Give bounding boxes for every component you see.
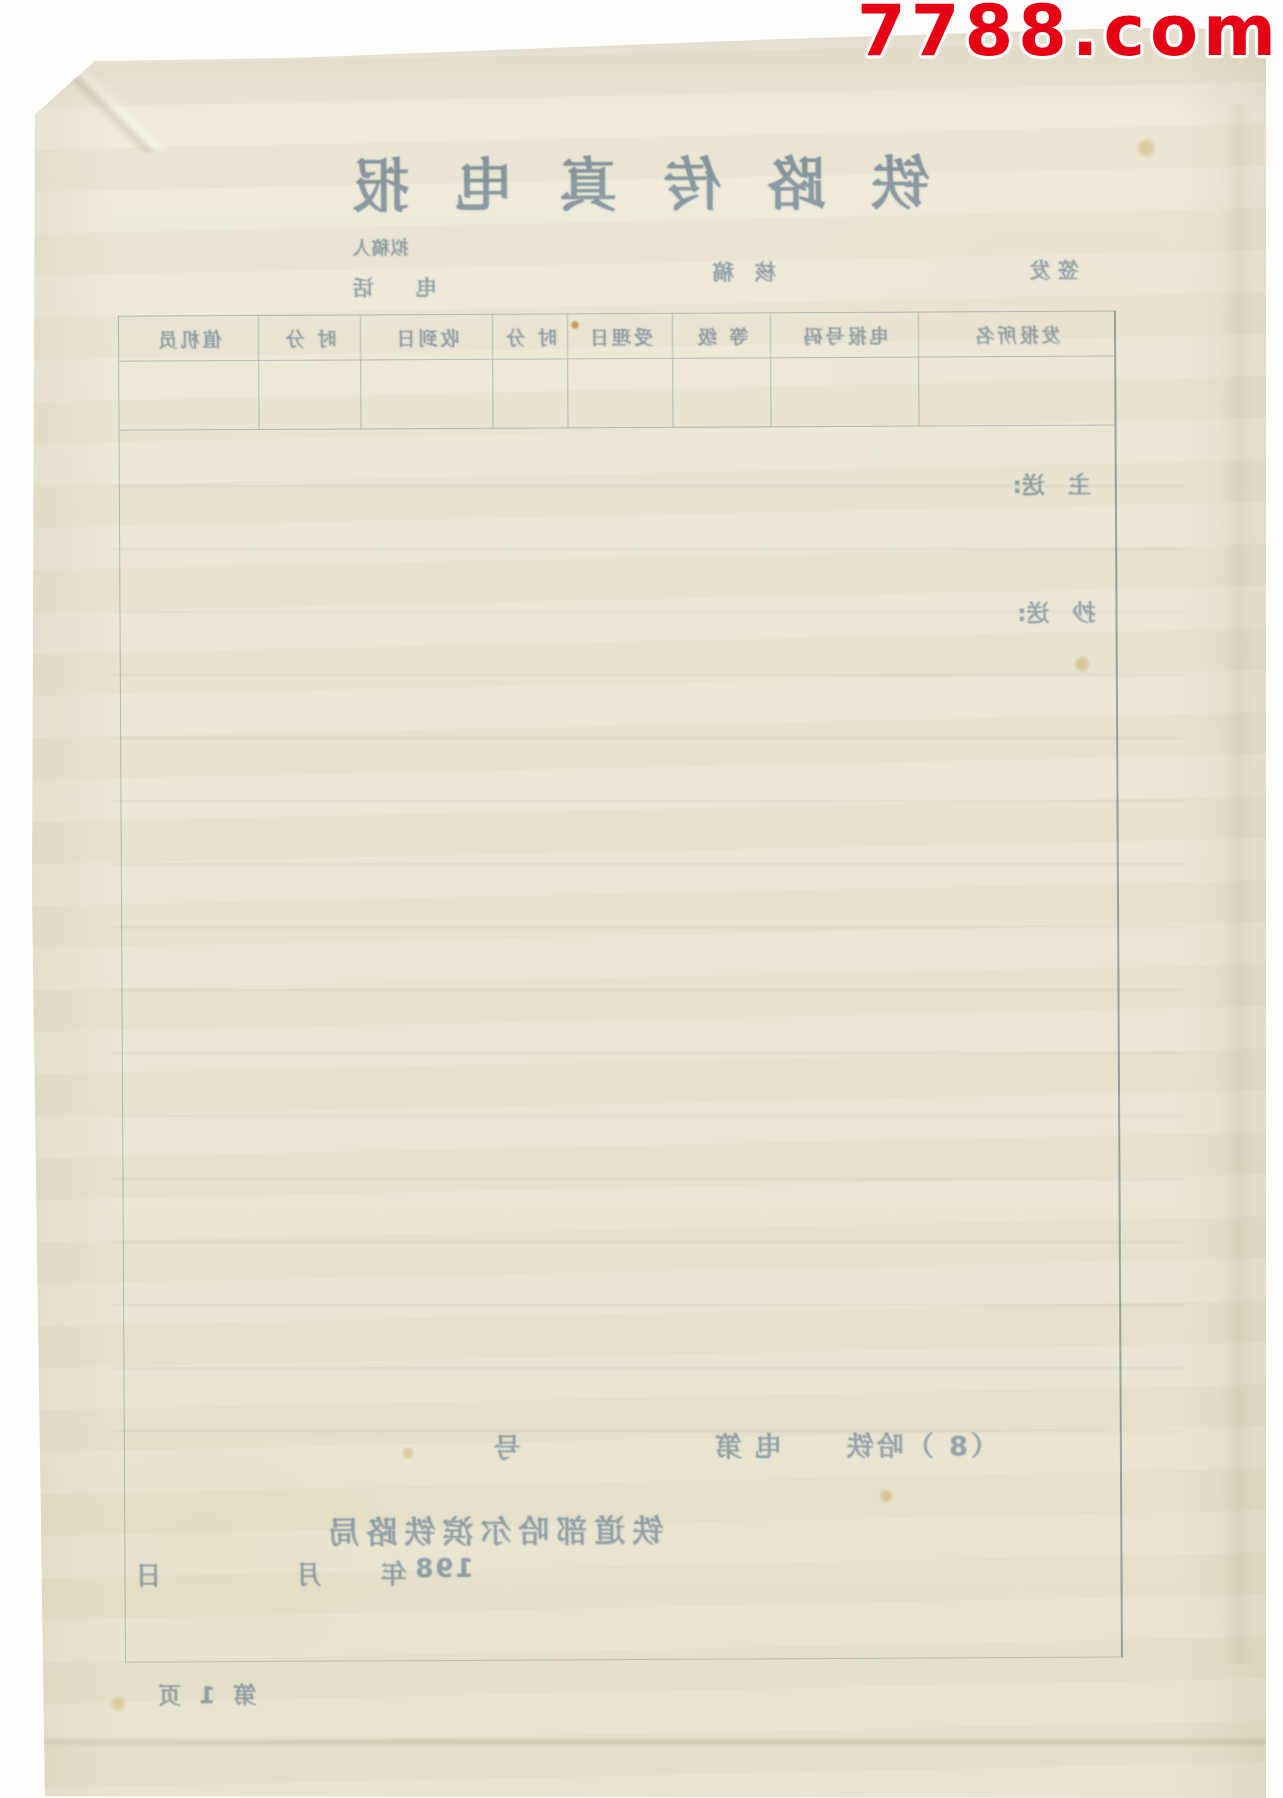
blank-cell [360,360,492,429]
col-header-operator: 值机员 [119,316,258,361]
date-year-prefix: 198 [413,1554,473,1584]
telegram-info-table: 发报所名 电报号码 等 级 受理日 时 分 收到日 时 分 值机员 [118,311,1123,1663]
col-header-grade: 等 级 [672,313,770,358]
top-left-corner-fold [27,52,177,152]
blank-cell [258,360,360,429]
bottom-fold-crease [25,1740,1266,1744]
form-title: 铁路传真电报 [119,154,1115,217]
table-header-row: 发报所名 电报号码 等 级 受理日 时 分 收到日 时 分 值机员 [119,312,1114,362]
date-day-label: 日 [135,1556,161,1593]
scanned-document: 铁路传真电报 签发 核 稿 拟稿人 电 话 发报所名 电报号码 等 级 受理日 … [0,0,1283,1798]
blank-cell [770,358,918,427]
date-year-label: 年 [380,1554,406,1591]
right-crease [1221,104,1255,1664]
watermark: 7788.com [857,0,1281,72]
col-header-telegram-number: 电报号码 [770,313,918,358]
col-header-accepted-time: 时 分 [492,314,567,358]
label-copy-recipient: 抄 送: [1017,595,1095,628]
issuing-bureau: 铁道部哈尔滨铁路局 [321,1506,663,1553]
table-blank-row [119,357,1114,431]
col-header-sending-office: 发报所名 [918,312,1114,357]
page-number: 第 1 页 [153,1677,256,1711]
field-label-nigaoren: 拟稿人 [352,239,409,259]
blank-cell [918,357,1114,426]
mirrored-form-layer: 铁路传真电报 签发 核 稿 拟稿人 电 话 发报所名 电报号码 等 级 受理日 … [0,0,1283,1798]
col-header-received-date: 收到日 [360,315,492,360]
col-header-accepted-date: 受理日 [567,314,672,359]
blank-cell [119,361,258,430]
blank-cell [672,358,770,427]
date-month-label: 月 [295,1555,321,1592]
paper-sheet: 铁路传真电报 签发 核 稿 拟稿人 电 话 发报所名 电报号码 等 级 受理日 … [25,24,1266,1798]
label-main-recipient: 主 送: [1013,467,1091,500]
col-header-received-time: 时 分 [258,315,360,360]
blank-cell [567,359,672,428]
form-code-hao: 号 [494,1427,521,1466]
field-label-qianfa: 签发 [1023,260,1079,283]
form-code-dian-di: 电第 [702,1425,782,1464]
field-label-hegao: 核 稿 [713,261,776,284]
form-code-prefix: （8 ）哈铁 [844,1424,998,1464]
field-label-dianhua: 电 话 [353,277,437,301]
blank-cell [492,359,567,427]
